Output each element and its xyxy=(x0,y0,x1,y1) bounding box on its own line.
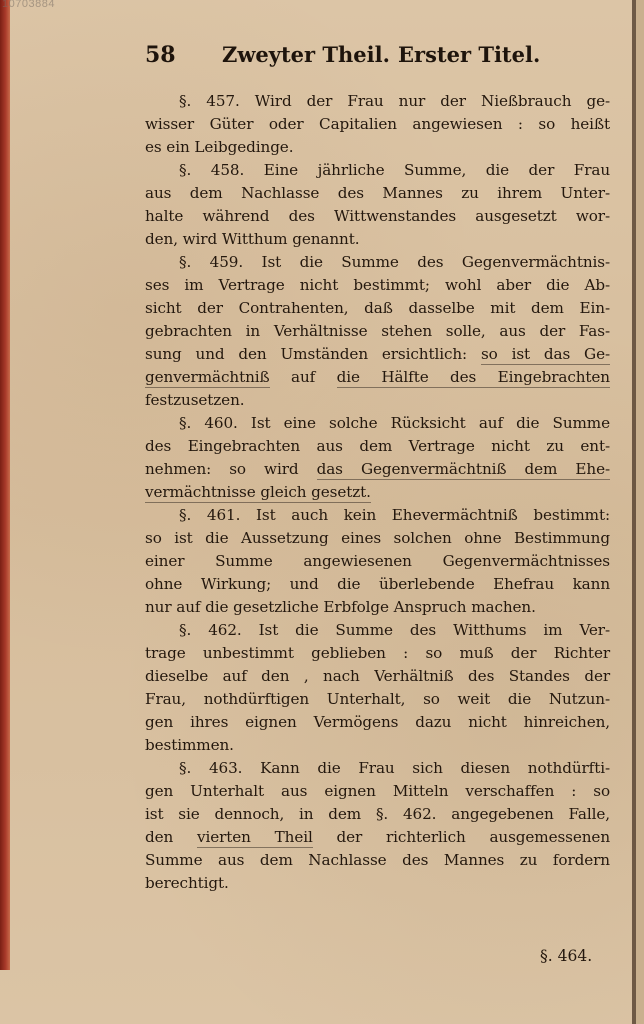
page-margin-right xyxy=(636,0,644,1024)
text-line: §. 458. Eine jährliche Summe, die der Fr… xyxy=(145,159,610,182)
text-line: nur auf die gesetzliche Erbfolge Anspruc… xyxy=(145,596,610,619)
text-line: den, wird Witthum genannt. xyxy=(145,228,610,251)
pencil-underline: die Hälfte des Eingebrachten xyxy=(337,368,610,388)
text-line: §. 461. Ist auch kein Ehevermächtniß bes… xyxy=(145,504,610,527)
section-number: §. 458. xyxy=(179,161,244,179)
line-text: auf xyxy=(270,368,337,386)
section-number: §. 461. xyxy=(179,506,240,524)
text-line: trage unbestimmt geblieben : so muß der … xyxy=(145,642,610,665)
pencil-underline: vierten Theil xyxy=(197,828,313,848)
line-text: Ist die Summe des Gegenvermächtnis- xyxy=(262,253,610,271)
pencil-underline: genvermächtniß xyxy=(145,368,270,388)
scan-id-watermark: 10703884 xyxy=(2,0,55,10)
text-line: §. 460. Ist eine solche Rücksicht auf di… xyxy=(145,412,610,435)
section-463: §. 463. Kann die Frau sich diesen nothdü… xyxy=(145,757,610,895)
text-line: gen ihres eignen Vermögens dazu nicht hi… xyxy=(145,711,610,734)
line-text: der richterlich ausgemessenen xyxy=(313,828,610,846)
text-line: festzusetzen. xyxy=(145,389,610,412)
running-head: 58 Zweyter Theil. Erster Titel. xyxy=(145,42,615,76)
section-number: §. 462. xyxy=(179,621,242,639)
text-line: §. 457. Wird der Frau nur der Nießbrauch… xyxy=(145,90,610,113)
text-line: vermächtnisse gleich gesetzt. xyxy=(145,481,610,504)
text-line: berechtigt. xyxy=(145,872,610,895)
line-text: den xyxy=(145,828,197,846)
line-text: Kann die Frau sich diesen nothdürfti- xyxy=(260,759,610,777)
book-edge-red xyxy=(0,0,10,970)
line-text: Ist auch kein Ehevermächtniß bestimmt: xyxy=(256,506,610,524)
pencil-underline: das Gegenvermächtniß dem Ehe- xyxy=(317,460,610,480)
section-number: §. 457. xyxy=(179,92,240,110)
catchword: §. 464. xyxy=(540,947,592,965)
title-heading: Erster Titel. xyxy=(398,42,540,67)
line-text: Wird der Frau nur der Nießbrauch ge- xyxy=(255,92,610,110)
text-line: Summe aus dem Nachlasse des Mannes zu fo… xyxy=(145,849,610,872)
part-heading: Zweyter Theil. xyxy=(222,42,390,67)
text-line: §. 459. Ist die Summe des Gegenvermächtn… xyxy=(145,251,610,274)
section-460: §. 460. Ist eine solche Rücksicht auf di… xyxy=(145,412,610,504)
text-line: ses im Vertrage nicht bestimmt; wohl abe… xyxy=(145,274,610,297)
line-text: Eine jährliche Summe, die der Frau xyxy=(264,161,610,179)
text-line: §. 462. Ist die Summe des Witthums im Ve… xyxy=(145,619,610,642)
text-line: so ist die Aussetzung eines solchen ohne… xyxy=(145,527,610,550)
section-458: §. 458. Eine jährliche Summe, die der Fr… xyxy=(145,159,610,251)
text-line: ist sie dennoch, in dem §. 462. angegebe… xyxy=(145,803,610,826)
line-text: sung und den Umständen ersichtlich: xyxy=(145,345,481,363)
text-line: genvermächtniß auf die Hälfte des Eingeb… xyxy=(145,366,610,389)
pencil-underline: vermächtnisse gleich gesetzt. xyxy=(145,483,371,503)
text-line: sung und den Umständen ersichtlich: so i… xyxy=(145,343,610,366)
text-line: ohne Wirkung; und die überlebende Ehefra… xyxy=(145,573,610,596)
text-line: wisser Güter oder Capitalien angewiesen … xyxy=(145,113,610,136)
pencil-underline: so ist das Ge- xyxy=(481,345,610,365)
line-text: Ist die Summe des Witthums im Ver- xyxy=(259,621,610,639)
body-text: §. 457. Wird der Frau nur der Nießbrauch… xyxy=(145,90,610,895)
section-461: §. 461. Ist auch kein Ehevermächtniß bes… xyxy=(145,504,610,619)
text-line: aus dem Nachlasse des Mannes zu ihrem Un… xyxy=(145,182,610,205)
text-line: sicht der Contrahenten, daß dasselbe mit… xyxy=(145,297,610,320)
page-number: 58 xyxy=(145,42,176,68)
line-text: nehmen: so wird xyxy=(145,460,317,478)
text-line: einer Summe angewiesenen Gegenvermächtni… xyxy=(145,550,610,573)
text-line: Frau, nothdürftigen Unterhalt, so weit d… xyxy=(145,688,610,711)
text-line: es ein Leibgedinge. xyxy=(145,136,610,159)
section-number: §. 460. xyxy=(179,414,238,432)
text-line: halte während des Wittwenstandes ausgese… xyxy=(145,205,610,228)
text-line: bestimmen. xyxy=(145,734,610,757)
text-line: gebrachten in Verhältnisse stehen solle,… xyxy=(145,320,610,343)
text-line: §. 463. Kann die Frau sich diesen nothdü… xyxy=(145,757,610,780)
section-number: §. 459. xyxy=(179,253,243,271)
section-462: §. 462. Ist die Summe des Witthums im Ve… xyxy=(145,619,610,757)
section-457: §. 457. Wird der Frau nur der Nießbrauch… xyxy=(145,90,610,159)
text-line: des Eingebrachten aus dem Vertrage nicht… xyxy=(145,435,610,458)
section-number: §. 463. xyxy=(179,759,242,777)
text-line: nehmen: so wird das Gegenvermächtniß dem… xyxy=(145,458,610,481)
text-line: den vierten Theil der richterlich ausgem… xyxy=(145,826,610,849)
text-line: gen Unterhalt aus eignen Mitteln verscha… xyxy=(145,780,610,803)
line-text: Ist eine solche Rücksicht auf die Summe xyxy=(251,414,610,432)
text-line: dieselbe auf den , nach Verhältniß des S… xyxy=(145,665,610,688)
section-459: §. 459. Ist die Summe des Gegenvermächtn… xyxy=(145,251,610,412)
